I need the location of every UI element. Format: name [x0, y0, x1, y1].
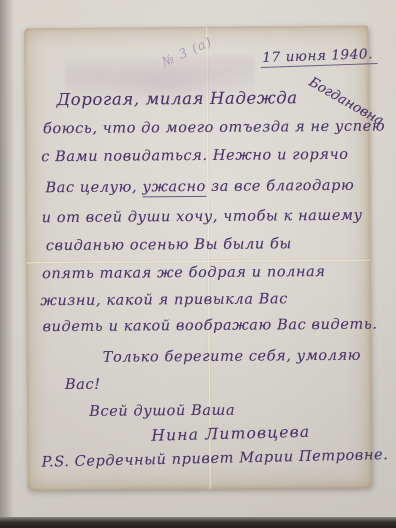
body-segment: за все благодарю: [206, 178, 355, 195]
body-line-with-underline: Вас целую, ужасно за все благодарю: [45, 178, 354, 196]
salutation-text: Дорогая, милая Надежда: [57, 88, 304, 109]
letter-date: 17 июня 1940.: [260, 46, 377, 68]
body-segment: Вас целую,: [45, 179, 142, 196]
body-line: Вас!: [65, 377, 101, 393]
body-line: опять такая же бодрая и полная: [42, 264, 326, 282]
letter-paper: № 3 (а) 17 июня 1940. Дорогая, милая Над…: [24, 26, 372, 491]
body-line: видеть и какой воображаю Вас видеть.: [42, 317, 377, 336]
body-line: с Вами повидаться. Нежно и горячо: [41, 147, 348, 165]
salutation-line: Дорогая, милая Надежда Богдановна: [57, 88, 387, 110]
closing-line: Всей душой Ваша: [89, 403, 235, 420]
photo-bottom-edge: [0, 517, 396, 528]
body-line: Только берегите себя, умоляю: [103, 348, 361, 366]
body-line: боюсь, что до моего отъезда я не успею: [43, 119, 385, 138]
postscript: P.S. Сердечный привет Марии Петровне.: [41, 447, 388, 471]
signature: Нина Литовцева: [151, 423, 310, 445]
body-line: свиданью осенью Вы были бы: [46, 236, 292, 254]
body-line: жизни, какой я привыкла Вас: [40, 291, 288, 309]
photo-background: № 3 (а) 17 июня 1940. Дорогая, милая Над…: [0, 0, 396, 528]
body-line: и от всей души хочу, чтобы к нашему: [42, 208, 363, 227]
underlined-word: ужасно: [142, 179, 206, 197]
